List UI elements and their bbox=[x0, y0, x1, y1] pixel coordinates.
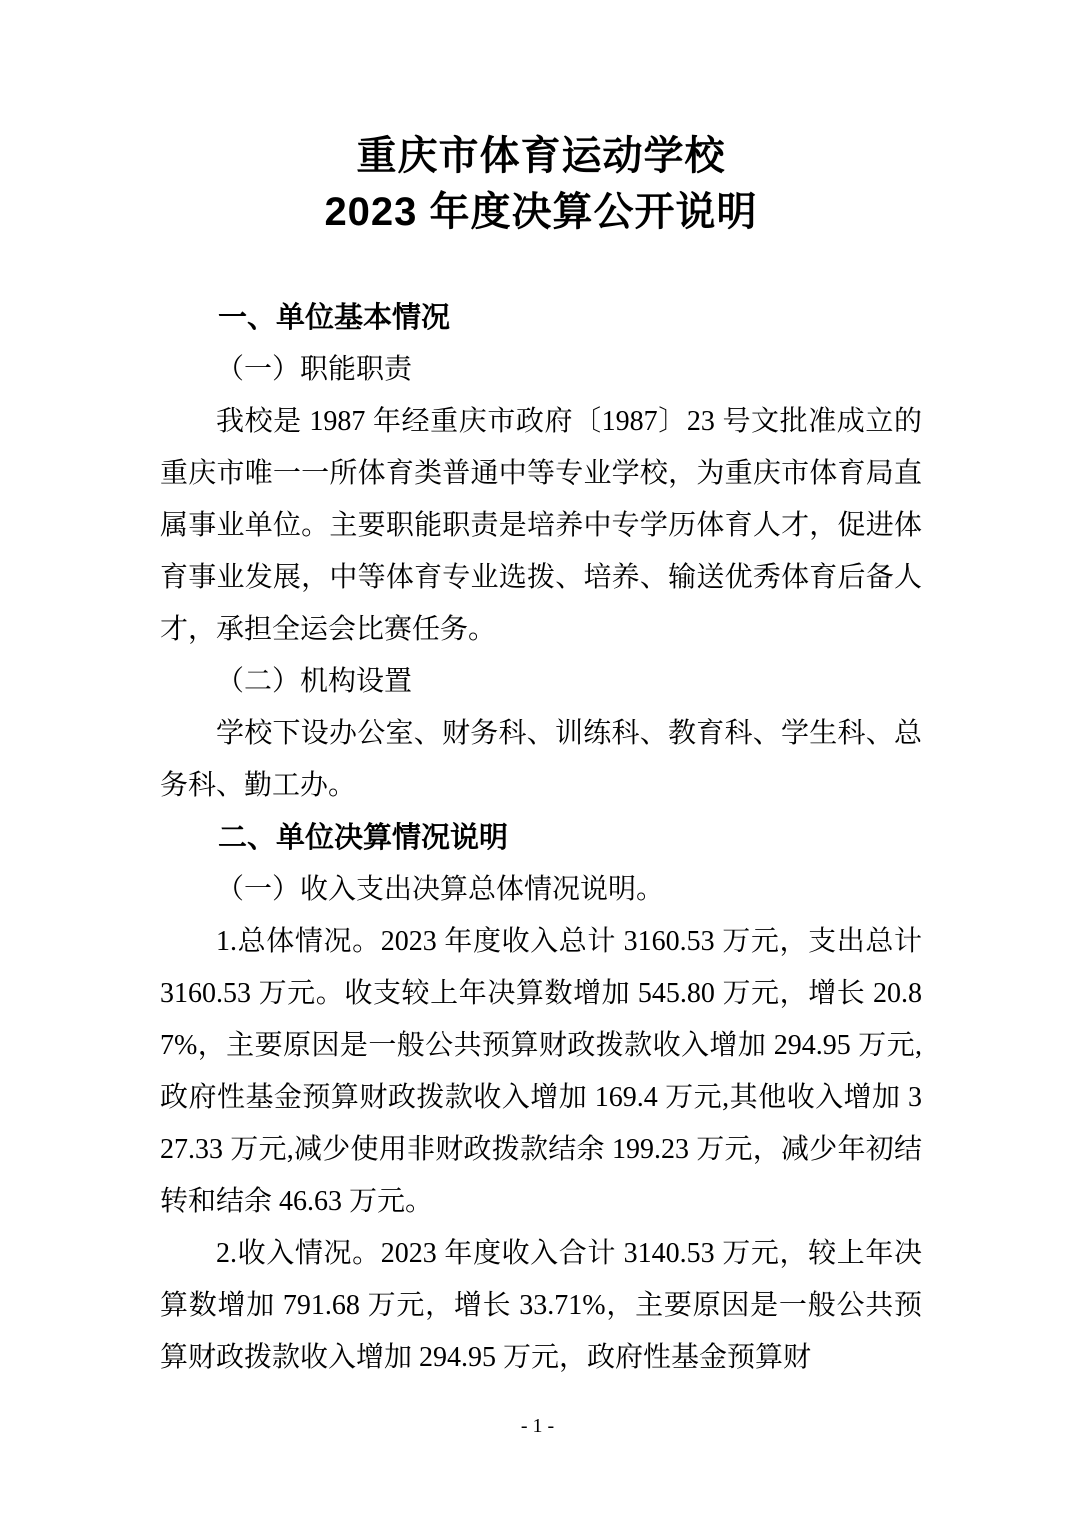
heading-basic-info: 一、单位基本情况 bbox=[160, 292, 922, 344]
page-number: - 1 - bbox=[0, 1415, 1075, 1438]
title-body-spacer bbox=[160, 240, 922, 292]
document-page: 重庆市体育运动学校 2023 年度决算公开说明 一、单位基本情况 （一）职能职责… bbox=[0, 0, 1075, 1520]
document-title-line1: 重庆市体育运动学校 bbox=[160, 128, 922, 184]
paragraph-org-setup: 学校下设办公室、财务科、训练科、教育科、学生科、总务科、勤工办。 bbox=[160, 708, 922, 812]
paragraph-overall-situation: 1.总体情况。2023 年度收入总计 3160.53 万元，支出总计 3160.… bbox=[160, 916, 922, 1228]
subheading-org-setup: （二）机构设置 bbox=[160, 656, 922, 708]
paragraph-duties: 我校是 1987 年经重庆市政府〔1987〕23 号文批准成立的重庆市唯一一所体… bbox=[160, 396, 922, 656]
paragraph-income-situation: 2.收入情况。2023 年度收入合计 3140.53 万元，较上年决算数增加 7… bbox=[160, 1228, 922, 1384]
document-content: 重庆市体育运动学校 2023 年度决算公开说明 一、单位基本情况 （一）职能职责… bbox=[160, 128, 922, 1384]
document-title-line2: 2023 年度决算公开说明 bbox=[160, 184, 922, 240]
subheading-duties: （一）职能职责 bbox=[160, 344, 922, 396]
heading-final-accounts: 二、单位决算情况说明 bbox=[160, 812, 922, 864]
subheading-overview: （一）收入支出决算总体情况说明。 bbox=[160, 864, 922, 916]
